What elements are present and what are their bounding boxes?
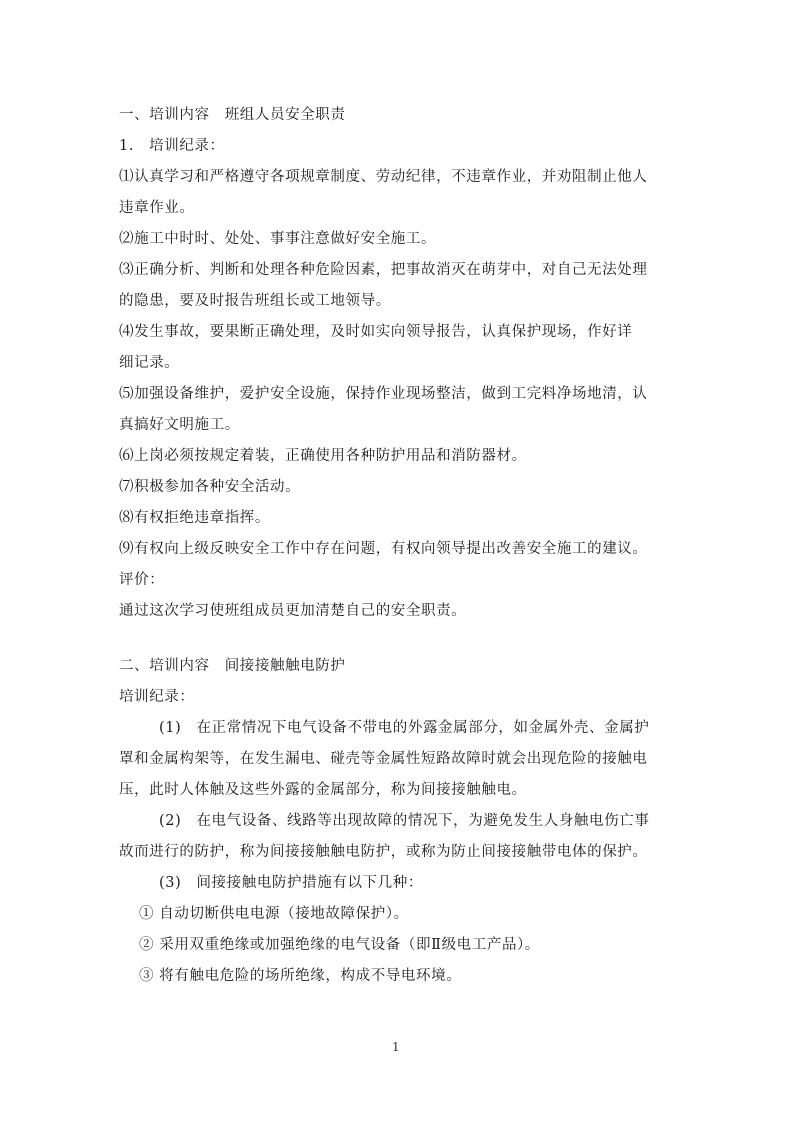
section2-line: 罩和金属构架等，在发生漏电、碰壳等金属性短路故障时就会出现危险的接触电 bbox=[119, 744, 679, 775]
section2-heading: 二、培训内容 间接接触触电防护 bbox=[119, 651, 679, 682]
section2-list-item: ② 采用双重绝缘或加强绝缘的电气设备（即Ⅱ级电工产品）。 bbox=[119, 930, 679, 961]
section1-line: 违章作业。 bbox=[119, 193, 679, 224]
section1-record-label: 1. 培训纪录： bbox=[119, 131, 679, 162]
section2-line: 故而进行的防护，称为间接接触触电防护，或称为防止间接接触带电体的保护。 bbox=[119, 837, 679, 868]
section1-line: ⑼有权向上级反映安全工作中存在问题，有权向领导提出改善安全施工的建议。 bbox=[119, 534, 679, 565]
section1-line: 真搞好文明施工。 bbox=[119, 410, 679, 441]
section1-line: ⑴认真学习和严格遵守各项规章制度、劳动纪律，不违章作业，并劝阻制止他人 bbox=[119, 162, 679, 193]
section1-line: 的隐患，要及时报告班组长或工地领导。 bbox=[119, 286, 679, 317]
page-content: 一、培训内容 班组人员安全职责 1. 培训纪录： ⑴认真学习和严格遵守各项规章制… bbox=[119, 100, 679, 992]
section2-list-item: ① 自动切断供电电源（接地故障保护）。 bbox=[119, 899, 679, 930]
section1-line: 细记录。 bbox=[119, 348, 679, 379]
section2-line: (1) 在正常情况下电气设备不带电的外露金属部分，如金属外壳、金属护 bbox=[119, 713, 679, 744]
page-number: 1 bbox=[392, 1040, 400, 1054]
section1-heading: 一、培训内容 班组人员安全职责 bbox=[119, 100, 679, 131]
section2-list-item: ③ 将有触电危险的场所绝缘，构成不导电环境。 bbox=[119, 961, 679, 992]
section1-line: ⑹上岗必须按规定着装，正确使用各种防护用品和消防器材。 bbox=[119, 441, 679, 472]
section2-line: (2) 在电气设备、线路等出现故障的情况下，为避免发生人身触电伤亡事 bbox=[119, 806, 679, 837]
section1-line: ⑵施工中时时、处处、事事注意做好安全施工。 bbox=[119, 224, 679, 255]
section2-line: 压，此时人体触及这些外露的金属部分，称为间接接触触电。 bbox=[119, 775, 679, 806]
section1-line: ⑸加强设备维护，爱护安全设施，保持作业现场整洁，做到工完料净场地清，认 bbox=[119, 379, 679, 410]
section1-line: ⑷发生事故，要果断正确处理，及时如实向领导报告，认真保护现场，作好详 bbox=[119, 317, 679, 348]
section1-line: ⑻有权拒绝违章指挥。 bbox=[119, 503, 679, 534]
section1-line: ⑶正确分析、判断和处理各种危险因素，把事故消灭在萌芽中，对自己无法处理 bbox=[119, 255, 679, 286]
section2-record-label: 培训纪录： bbox=[119, 682, 679, 713]
evaluation-text: 通过这次学习使班组成员更加清楚自己的安全职责。 bbox=[119, 596, 679, 627]
evaluation-label: 评价： bbox=[119, 565, 679, 596]
section1-line: ⑺积极参加各种安全活动。 bbox=[119, 472, 679, 503]
section-gap bbox=[119, 627, 679, 651]
section2-line: (3) 间接接触电防护措施有以下几种： bbox=[119, 868, 679, 899]
document-page: 一、培训内容 班组人员安全职责 1. 培训纪录： ⑴认真学习和严格遵守各项规章制… bbox=[0, 0, 793, 1122]
